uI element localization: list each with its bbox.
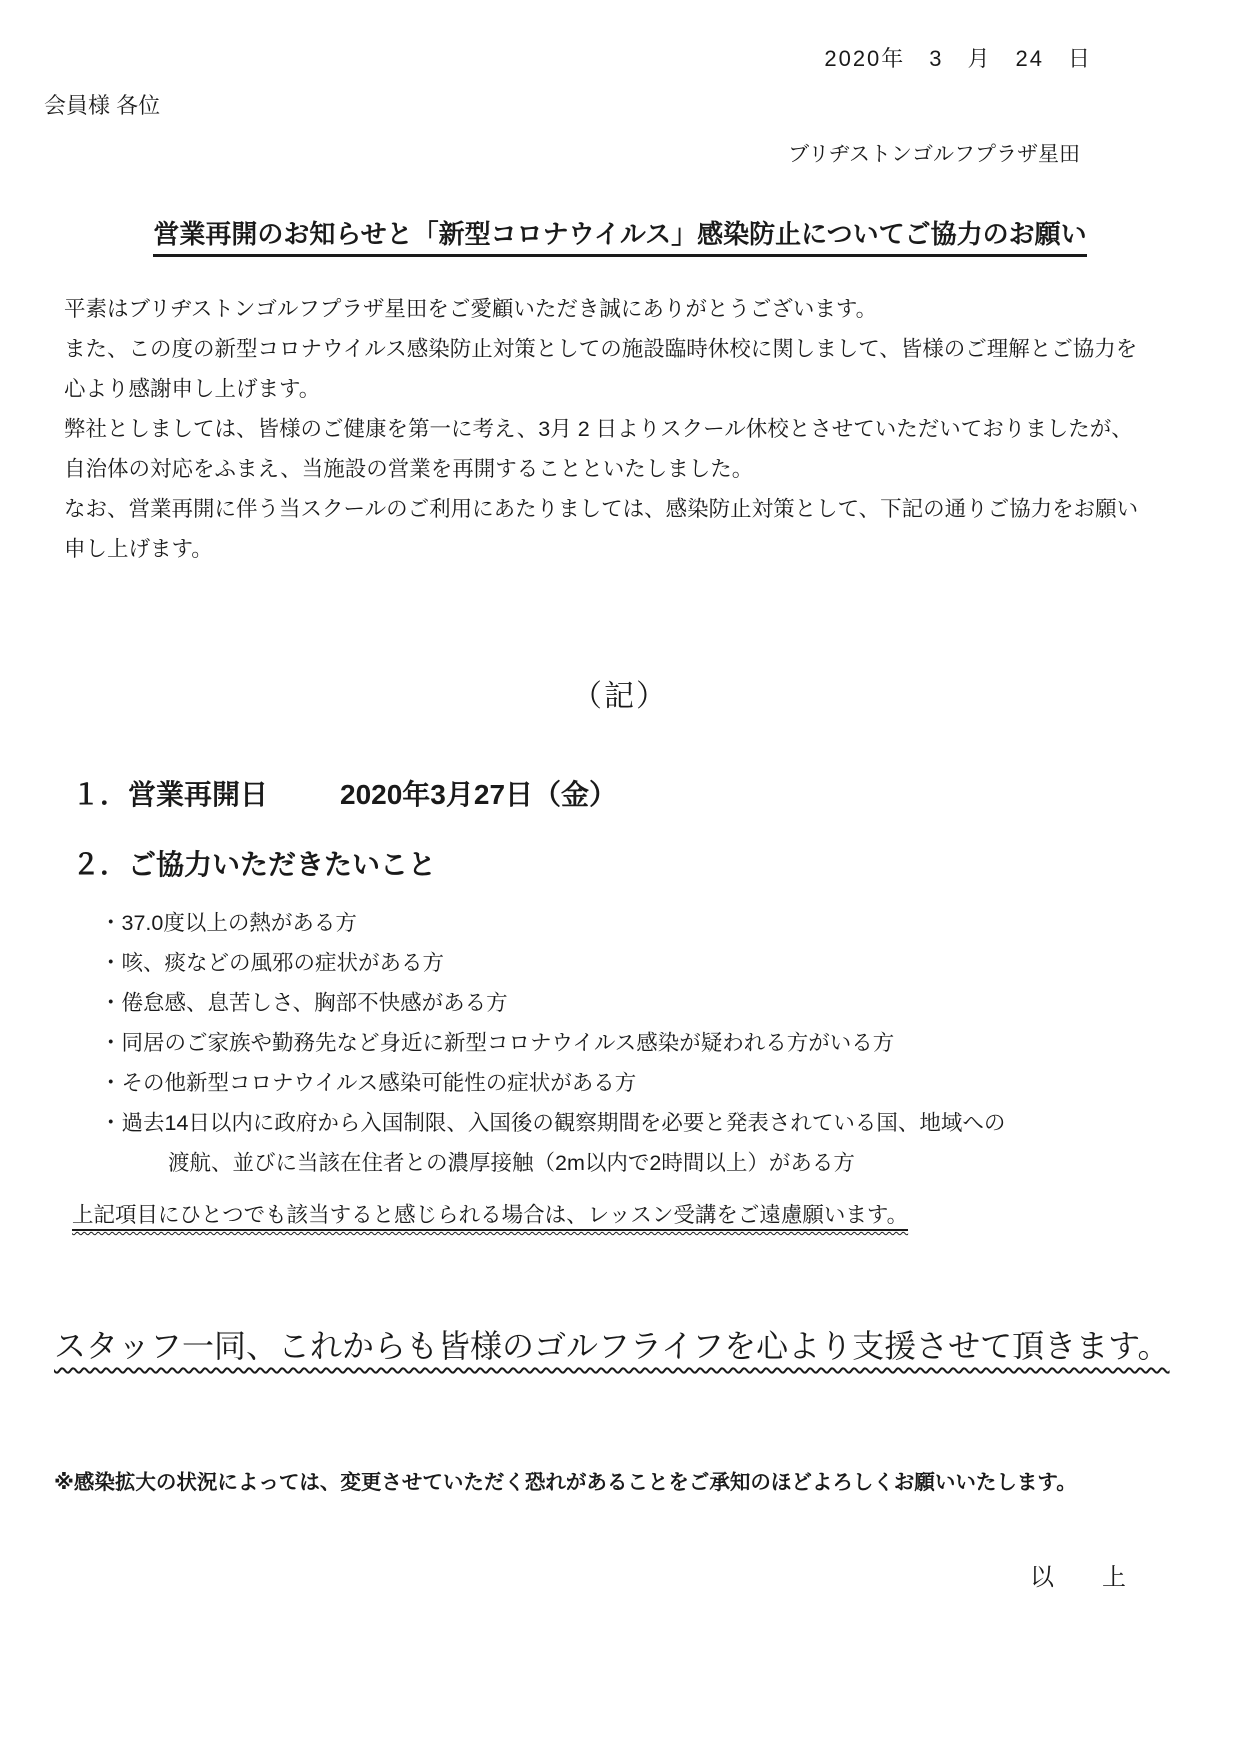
section1-label: １．営業再開日 <box>72 773 268 813</box>
document-title-text: 営業再開のお知らせと「新型コロナウイルス」感染防止についてご協力のお願い <box>153 219 1086 257</box>
document-title: 営業再開のお知らせと「新型コロナウイルス」感染防止についてご協力のお願い <box>0 214 1240 251</box>
bullet-item: ・37.0度以上の熱がある方 <box>100 903 1240 943</box>
body-line: また、この度の新型コロナウイルス感染防止対策としての施設臨時休校に関しまして、皆… <box>64 329 1200 369</box>
sender-line: ブリヂストンゴルフプラザ星田 <box>0 138 1080 168</box>
notice-document-page: 2020年 3 月 24 日 会員様 各位 ブリヂストンゴルフプラザ星田 営業再… <box>0 0 1240 1754</box>
body-paragraphs: 平素はブリヂストンゴルフプラザ星田をご愛顧いただき誠にありがとうございます。 ま… <box>64 289 1200 569</box>
body-line: 弊社としましては、皆様のご健康を第一に考え、3月 2 日よりスクール休校とさせて… <box>64 409 1200 449</box>
section1-value: 2020年3月27日（金） <box>340 773 617 813</box>
document-date: 2020年 3 月 24 日 <box>0 0 1092 73</box>
body-line: なお、営業再開に伴う当スクールのご利用にあたりましては、感染防止対策として、下記… <box>64 489 1200 529</box>
body-line: 平素はブリヂストンゴルフプラザ星田をご愛顧いただき誠にありがとうございます。 <box>64 289 1200 329</box>
warning-text: 上記項目にひとつでも該当すると感じられる場合は、レッスン受講をご遠慮願います。 <box>72 1203 908 1231</box>
lesson-refrain-warning: 上記項目にひとつでも該当すると感じられる場合は、レッスン受講をご遠慮願います。 <box>72 1195 1240 1235</box>
body-line: 心より感謝申し上げます。 <box>64 369 1200 409</box>
recipient-line: 会員様 各位 <box>44 89 1240 120</box>
ki-marker: （記） <box>0 671 1240 715</box>
bullet-item: ・同居のご家族や勤務先など身近に新型コロナウイルス感染が疑われる方がいる方 <box>100 1023 1240 1063</box>
bullet-item: ・倦怠感、息苦しさ、胸部不快感がある方 <box>100 983 1240 1023</box>
body-line: 自治体の対応をふまえ、当施設の営業を再開することといたしました。 <box>64 449 1200 489</box>
section-cooperation: ２．ご協力いただきたいこと <box>72 843 1240 883</box>
warning-underline-wrap: 上記項目にひとつでも該当すると感じられる場合は、レッスン受講をご遠慮願います。 <box>72 1203 908 1231</box>
symptom-bullet-list: ・37.0度以上の熱がある方 ・咳、痰などの風邪の症状がある方 ・倦怠感、息苦し… <box>100 903 1240 1183</box>
body-line: 申し上げます。 <box>64 529 1200 569</box>
bullet-item-continuation: 渡航、並びに当該在住者との濃厚接触（2m以内で2時間以上）がある方 <box>168 1143 1240 1183</box>
staff-message: スタッフ一同、これからも皆様のゴルフライフを心より支援させて頂きます。 <box>54 1321 1240 1367</box>
bullet-item: ・その他新型コロナウイルス感染可能性の症状がある方 <box>100 1063 1240 1103</box>
bullet-item: ・過去14日以内に政府から入国制限、入国後の観察期間を必要と発表されている国、地… <box>100 1103 1240 1143</box>
section2-label: ２．ご協力いただきたいこと <box>72 849 436 880</box>
change-notice-note: ※感染拡大の状況によっては、変更させていただく恐れがあることをご承知のほどよろし… <box>54 1465 1240 1495</box>
section-reopen-date: １．営業再開日 2020年3月27日（金） <box>72 773 1240 813</box>
closing-ijou: 以 上 <box>0 1557 1126 1592</box>
staff-message-text: スタッフ一同、これからも皆様のゴルフライフを心より支援させて頂きます。 <box>54 1328 1170 1364</box>
bullet-item: ・咳、痰などの風邪の症状がある方 <box>100 943 1240 983</box>
